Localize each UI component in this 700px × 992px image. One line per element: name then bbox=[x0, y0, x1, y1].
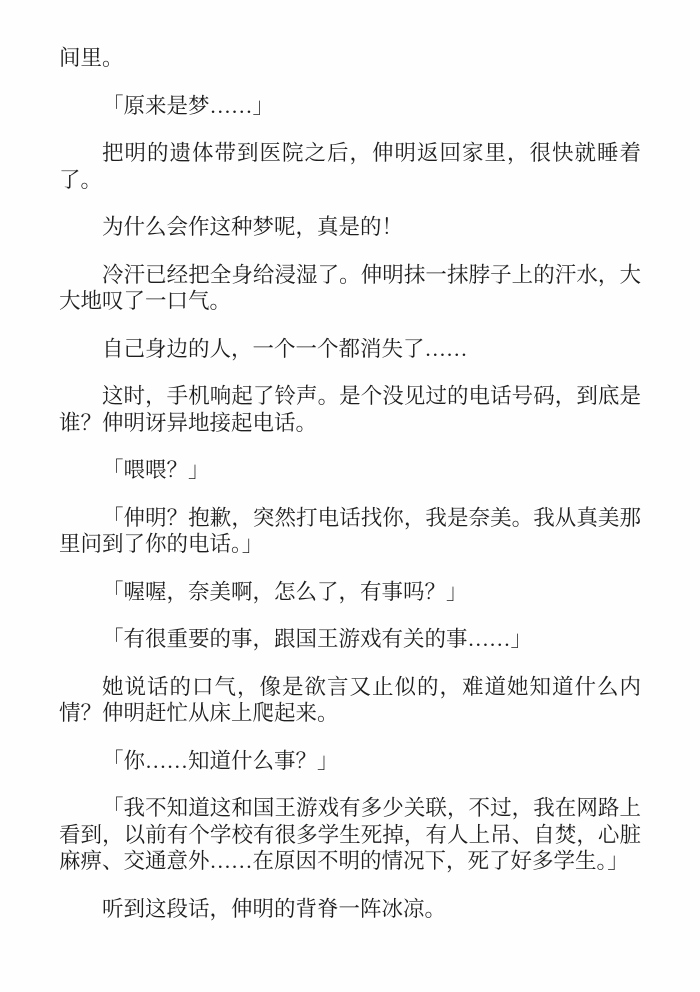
paragraph: 这时，手机响起了铃声。是个没见过的电话号码，到底是谁？伸明讶异地接起电话。 bbox=[59, 383, 641, 436]
paragraph: 「伸明？抱歉，突然打电话找你，我是奈美。我从真美那里问到了你的电话。」 bbox=[59, 505, 641, 558]
paragraph: 「喔喔，奈美啊，怎么了，有事吗？」 bbox=[59, 579, 641, 606]
paragraph: 「你……知道什么事？」 bbox=[59, 748, 641, 775]
paragraph: 「原来是梦……」 bbox=[59, 93, 641, 120]
novel-page: 间里。「原来是梦……」把明的遗体带到医院之后，伸明返回家里，很快就睡着了。为什么… bbox=[0, 0, 700, 992]
paragraph: 为什么会作这种梦呢，真是的！ bbox=[59, 214, 641, 241]
paragraph: 听到这段话，伸明的背脊一阵冰凉。 bbox=[59, 896, 641, 923]
paragraph: 「喂喂？」 bbox=[59, 457, 641, 484]
paragraph: 「我不知道这和国王游戏有多少关联，不过，我在网路上看到，以前有个学校有很多学生死… bbox=[59, 795, 641, 875]
paragraph: 间里。 bbox=[59, 45, 641, 72]
paragraph: 把明的遗体带到医院之后，伸明返回家里，很快就睡着了。 bbox=[59, 140, 641, 193]
paragraph: 「有很重要的事，跟国王游戏有关的事……」 bbox=[59, 626, 641, 653]
paragraph: 冷汗已经把全身给浸湿了。伸明抹一抹脖子上的汗水，大大地叹了一口气。 bbox=[59, 262, 641, 315]
paragraph: 自己身边的人，一个一个都消失了…… bbox=[59, 336, 641, 363]
text-body: 间里。「原来是梦……」把明的遗体带到医院之后，伸明返回家里，很快就睡着了。为什么… bbox=[59, 45, 641, 922]
paragraph: 她说话的口气，像是欲言又止似的，难道她知道什么内情？伸明赶忙从床上爬起来。 bbox=[59, 674, 641, 727]
